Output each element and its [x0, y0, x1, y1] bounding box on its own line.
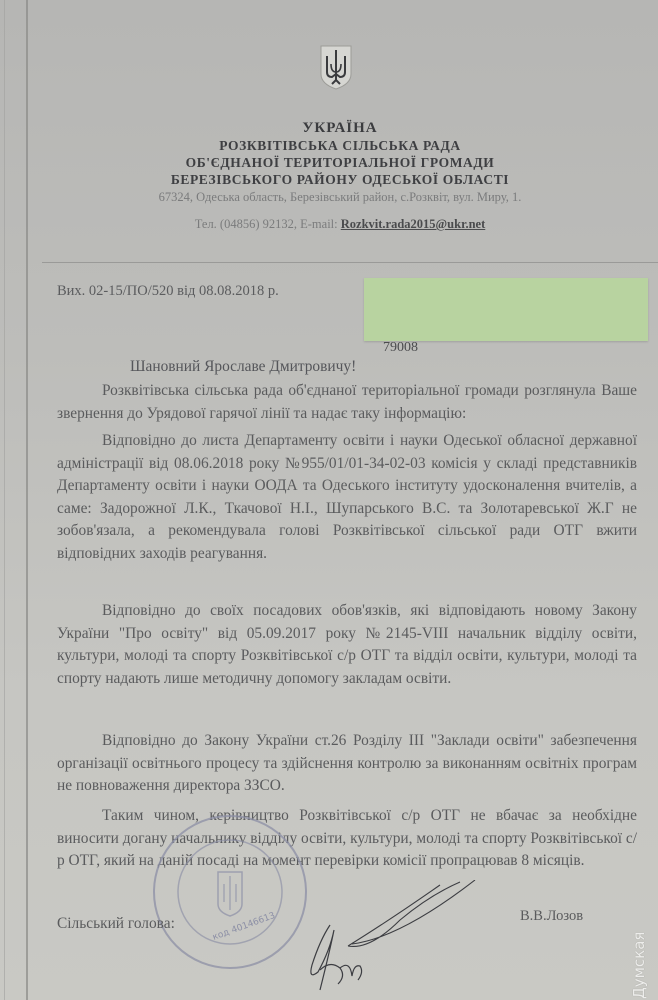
page-fold-line: [26, 0, 28, 1000]
org-contact: Тел. (04856) 92132, E-mail: Rozkvit.rada…: [140, 217, 540, 232]
svg-text:код 40146613: код 40146613: [211, 911, 276, 943]
signer-title: Сільський голова:: [57, 915, 175, 933]
phone-label: Тел. (04856) 92132, E-mail:: [195, 217, 341, 231]
letterhead: УКРАЇНА РОЗКВІТІВСЬКА СІЛЬСЬКА РАДА ОБ'Є…: [140, 120, 540, 232]
paragraph-intro: Розквітівська сільська рада об'єднаної т…: [57, 380, 637, 425]
page-edge: [4, 0, 5, 1000]
publisher-watermark: Думская: [628, 925, 648, 1000]
org-name-line-3: БЕРЕЗІВСЬКОГО РАЙОНУ ОДЕСЬКОЇ ОБЛАСТІ: [140, 171, 540, 188]
country-name: УКРАЇНА: [140, 120, 540, 137]
handwritten-signature: [290, 880, 480, 1000]
email-link[interactable]: Rozkvit.rada2015@ukr.net: [341, 217, 486, 231]
paragraph-commission: Відповідно до листа Департаменту освіти …: [57, 430, 637, 565]
paragraph-duties: Відповідно до своїх посадових обов'язків…: [57, 600, 637, 690]
redacted-recipient-address: [364, 278, 648, 341]
org-name-line-2: ОБ'ЄДНАНОЇ ТЕРИТОРІАЛЬНОЇ ГРОМАДИ: [140, 154, 540, 171]
signer-name: В.В.Лозов: [520, 908, 583, 925]
org-address: 67324, Одеська область, Березівський рай…: [140, 189, 540, 205]
header-divider: [42, 262, 658, 263]
paragraph-conclusion: Таким чином, керівництво Розквітівської …: [57, 805, 637, 873]
paragraph-law: Відповідно до Закону України ст.26 Розді…: [57, 730, 637, 798]
recipient-postcode: 79008: [383, 340, 418, 356]
watermark-text: Думская: [630, 932, 648, 999]
official-stamp-icon: код 40146613: [150, 812, 310, 972]
outgoing-reference: Вих. 02-15/ПО/520 від 08.08.2018 р.: [57, 283, 279, 300]
greeting: Шановний Ярославе Дмитровичу!: [130, 358, 356, 376]
trident-coat-of-arms-icon: [318, 44, 354, 90]
org-name-line-1: РОЗКВІТІВСЬКА СІЛЬСЬКА РАДА: [140, 137, 540, 154]
